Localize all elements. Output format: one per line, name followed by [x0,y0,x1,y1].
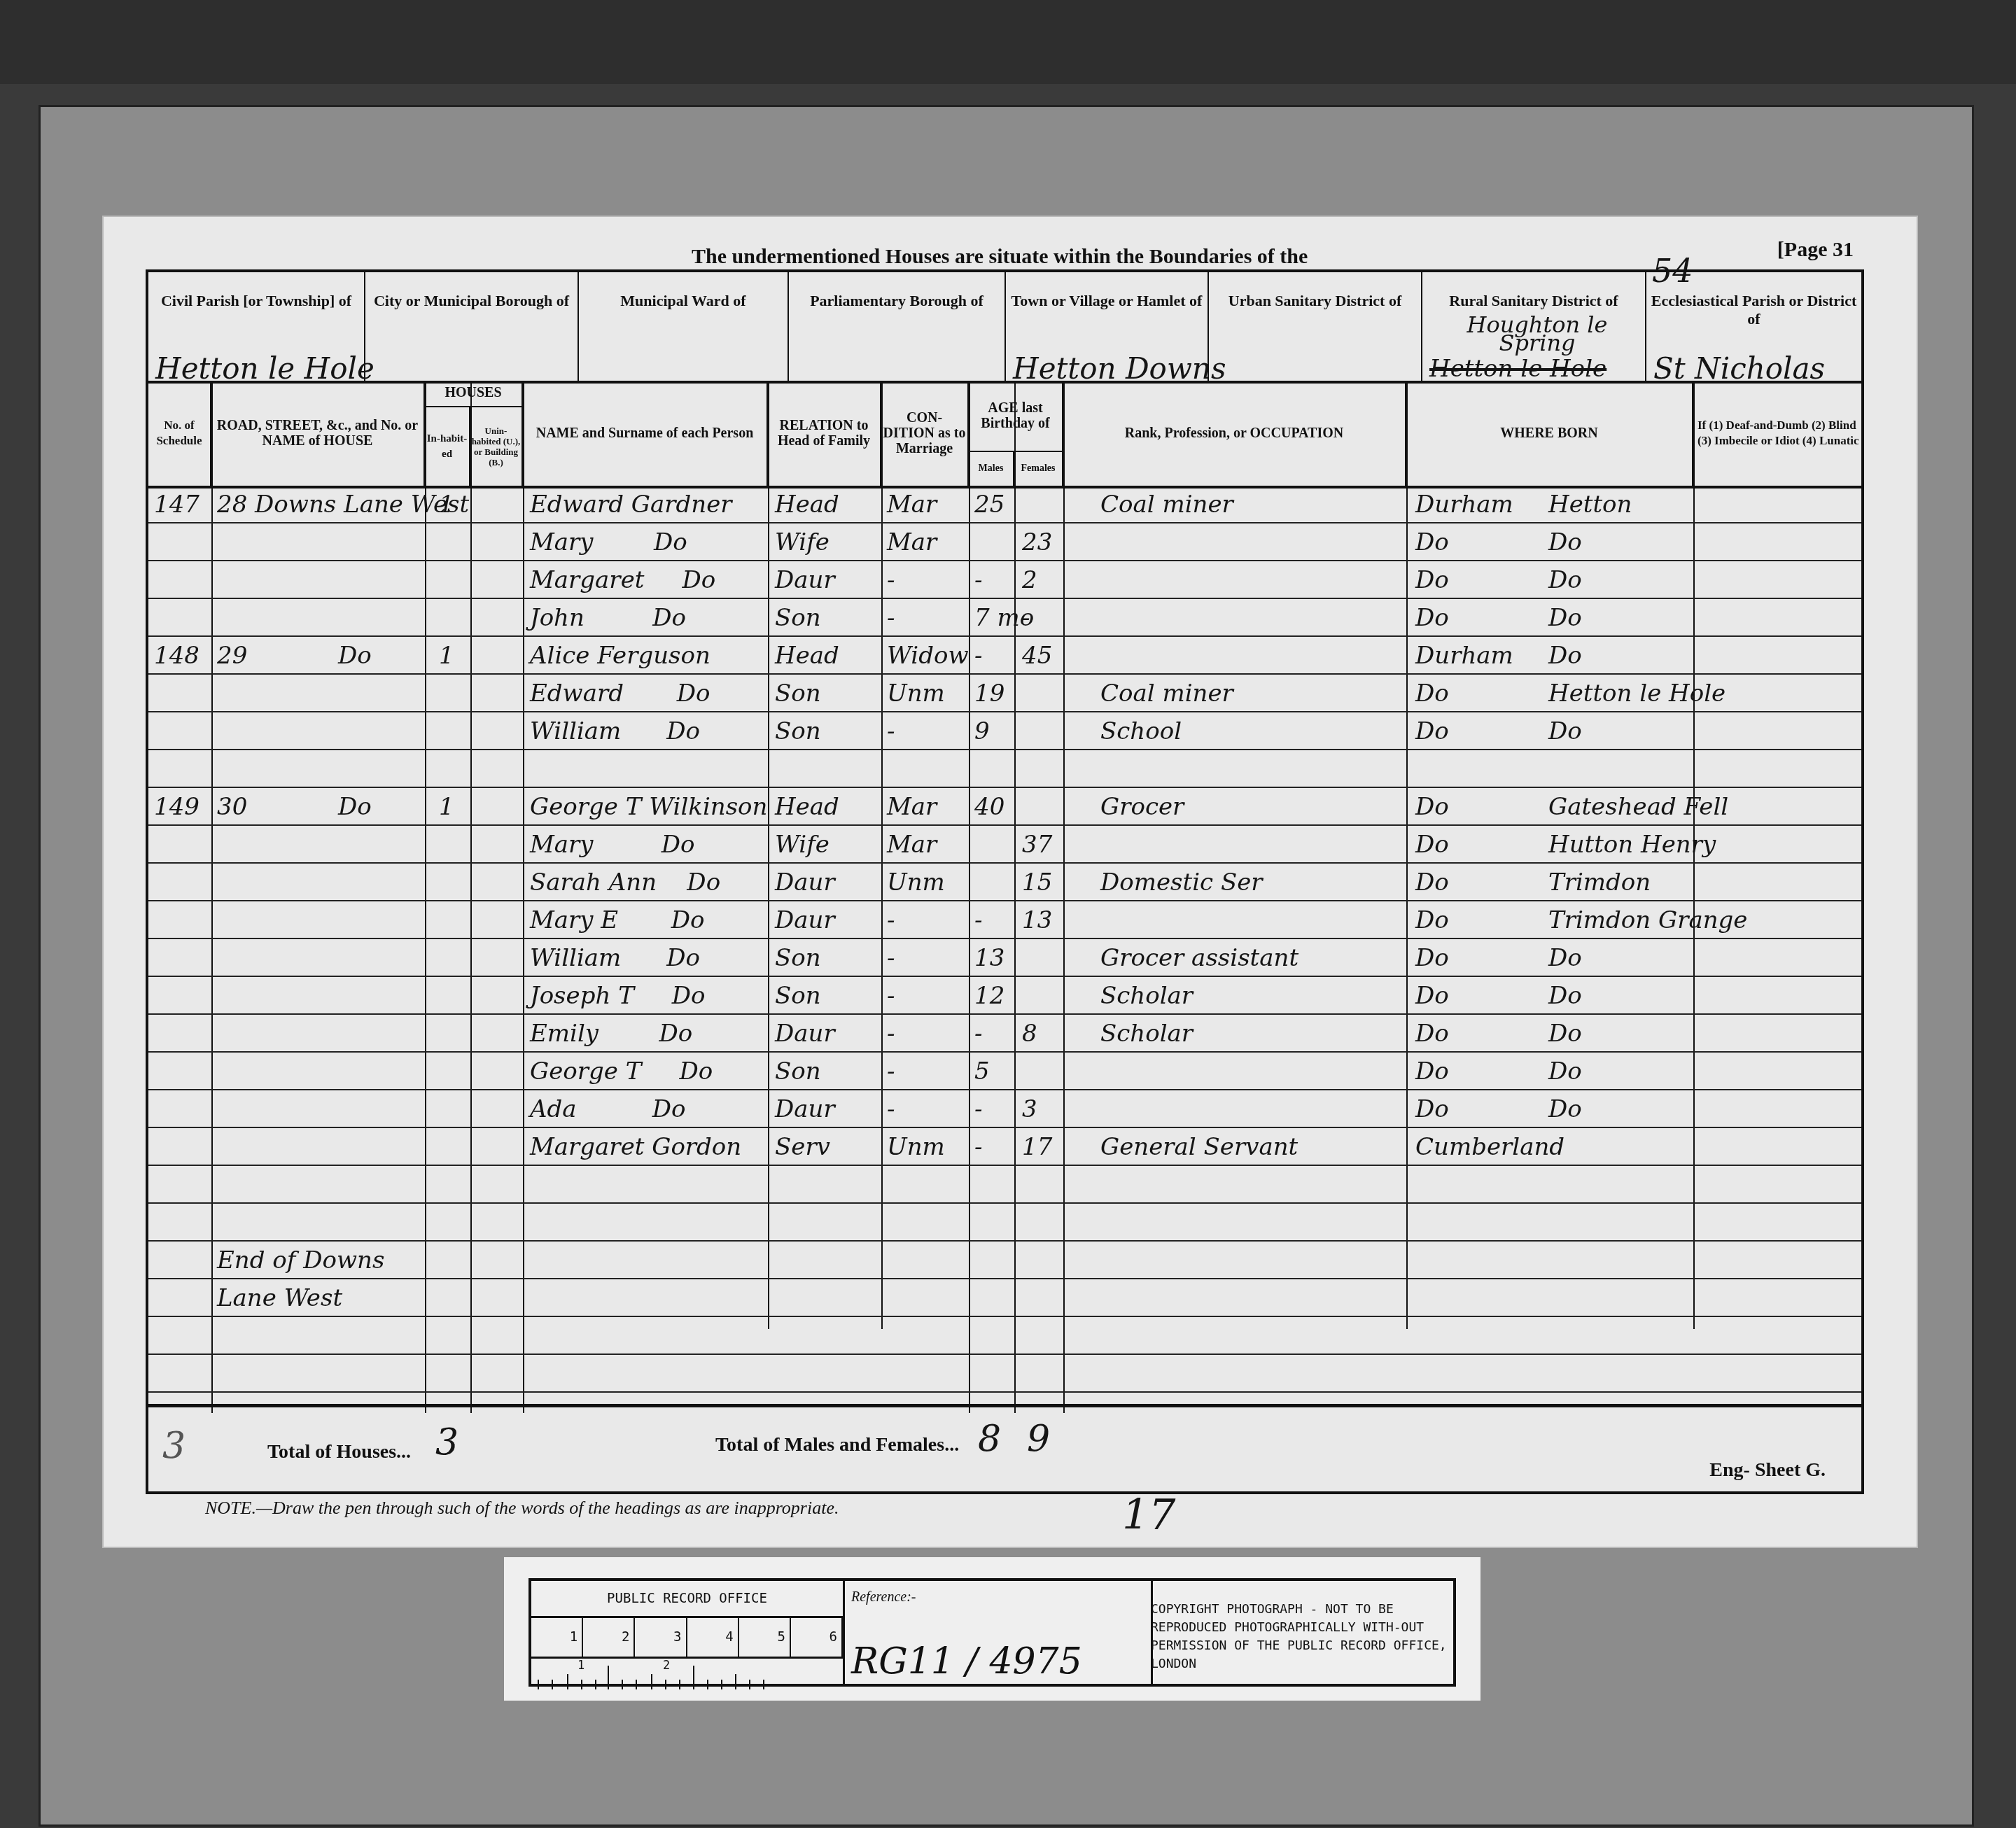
total-persons-label: Total of Males and Females... [715,1434,959,1456]
civil-parish-heading: Civil Parish [or Township] of [148,292,364,310]
reference-label: Reference:- [851,1589,916,1605]
table-row: 14829 Do1Alice FergusonHeadWidow-45Durha… [148,637,1861,675]
col-occupation: Rank, Profession, or OCCUPATION [1063,381,1406,486]
birth-place: Do [1548,977,1582,1015]
total-males-value: 8 [978,1418,1001,1460]
person-name: Mary Do [530,826,695,864]
civil-parish-cell: Civil Parish [or Township] of Hetton le … [148,272,365,381]
marital-condition: - [887,939,895,977]
inch-scale: 1 2 [531,1659,843,1689]
road-address: End of Downs [217,1242,384,1279]
cm-tick: 6 [791,1618,843,1657]
top-background [0,0,2016,84]
birth-county: Do [1415,901,1449,939]
birth-county: Durham [1415,486,1513,523]
pro-scale-block: PUBLIC RECORD OFFICE 1 2 3 4 5 6 1 2 [531,1581,845,1684]
total-persons-combined: 17 [1122,1491,1175,1540]
rural-sanitary-value: Houghton le Spring [1429,316,1645,352]
relation: Daur [775,864,835,901]
totals-row: 3 Total of Houses... 3 Total of Males an… [148,1404,1861,1491]
birth-county: Do [1415,788,1449,826]
male-age: - [974,1015,983,1053]
marital-condition: Unm [887,864,945,901]
table-row: Joseph T DoSon-12ScholarDoDo [148,977,1861,1015]
rural-sanitary-cell: Rural Sanitary District of Houghton le S… [1422,272,1646,381]
table-row: 14728 Downs Lane West1Edward GardnerHead… [148,486,1861,523]
relation: Head [775,637,839,675]
table-row: John DoSon-7 mo-DoDo [148,599,1861,637]
birth-place: Do [1548,599,1582,637]
civil-parish-value: Hetton le Hole [155,360,374,378]
reference-value: RG11 / 4975 [851,1640,1082,1682]
parliamentary-borough-cell: Parliamentary Borough of [789,272,1006,381]
col-uninhabited: Unin-habited (U.), or Building (B.) [470,406,523,486]
village-hamlet-value: Hetton Downs [1013,360,1226,378]
boundaries-caption: The undermentioned Houses are situate wi… [692,245,1308,269]
person-name: William Do [530,712,700,750]
relation: Head [775,486,839,523]
female-age: 8 [1022,1015,1037,1053]
birth-county: Do [1415,599,1449,637]
male-age: 12 [974,977,1004,1015]
cm-scale: 1 2 3 4 5 6 [531,1618,843,1659]
rural-sanitary-struck-value: Hetton le Hole [1429,360,1606,378]
copyright-notice: COPYRIGHT PHOTOGRAPH - NOT TO BE REPRODU… [1151,1601,1452,1673]
ecclesiastical-parish-heading: Ecclesiastical Parish or District of [1646,292,1861,328]
sheet-label: Eng- Sheet G. [1709,1459,1826,1482]
male-age: 9 [974,712,990,750]
person-name: Sarah Ann Do [530,864,720,901]
birth-county: Do [1415,939,1449,977]
birth-county: Do [1415,561,1449,599]
birth-county: Do [1415,712,1449,750]
male-age: 5 [974,1053,990,1090]
relation: Daur [775,901,835,939]
col-schedule: No. of Schedule [148,381,211,486]
relation: Wife [775,826,829,864]
female-age: 15 [1022,864,1052,901]
col-condition: CON-DITION as to Marriage [881,381,969,486]
col-age: AGE last Birthday of [969,381,1063,451]
person-name: John Do [530,599,686,637]
inhabited-count: 1 [439,486,454,523]
person-name: Mary E Do [530,901,705,939]
relation: Daur [775,1015,835,1053]
occupation: Scholar [1100,977,1193,1015]
col-females: Females [1014,451,1063,486]
birth-county: Do [1415,1015,1449,1053]
cm-tick: 4 [687,1618,739,1657]
relation: Son [775,939,821,977]
rural-sanitary-heading: Rural Sanitary District of [1422,292,1645,310]
male-age: 25 [974,486,1004,523]
table-row: Emily DoDaur--8ScholarDoDo [148,1015,1861,1053]
table-row: 14930 Do1George T WilkinsonHeadMar40Groc… [148,788,1861,826]
occupation: Grocer [1100,788,1184,826]
male-age: 40 [974,788,1004,826]
pro-title: PUBLIC RECORD OFFICE [531,1581,843,1618]
column-headers: No. of Schedule ROAD, STREET, &c., and N… [148,381,1861,488]
inch-label: 2 [663,1659,670,1673]
ecclesiastical-parish-cell: Ecclesiastical Parish or District of St … [1646,272,1861,381]
birth-place: Do [1548,523,1582,561]
occupation: School [1100,712,1182,750]
road-address: 29 Do [217,637,372,675]
village-hamlet-cell: Town or Village or Hamlet of Hetton Down… [1006,272,1209,381]
marital-condition: Unm [887,1128,945,1166]
pro-label-frame: PUBLIC RECORD OFFICE 1 2 3 4 5 6 1 2 [528,1578,1456,1687]
census-sheet: The undermentioned Houses are situate wi… [104,217,1917,1547]
birth-county: Do [1415,826,1449,864]
col-where-born: WHERE BORN [1406,381,1693,486]
marital-condition: Mar [887,788,937,826]
cm-tick: 1 [531,1618,583,1657]
birth-place: Trimdon Grange [1548,901,1747,939]
male-age: - [974,1128,983,1166]
reference-block: Reference:- RG11 / 4975 [843,1581,1153,1684]
road-address: Lane West [217,1279,342,1317]
marital-condition: - [887,561,895,599]
ecclesiastical-parish-value: St Nicholas [1653,360,1825,378]
person-name: Edward Gardner [530,486,732,523]
birth-county: Do [1415,675,1449,712]
col-inhabited: In-habit-ed [425,406,470,486]
table-row: Edward DoSonUnm19Coal minerDoHetton le H… [148,675,1861,712]
footnote: NOTE.—Draw the pen through such of the w… [205,1498,839,1519]
relation: Son [775,1053,821,1090]
female-age: 3 [1022,1090,1037,1128]
birth-place: Gateshead Fell [1548,788,1728,826]
male-age: - [974,561,983,599]
birth-place: Trimdon [1548,864,1651,901]
urban-sanitary-cell: Urban Sanitary District of [1209,272,1422,381]
birth-place: Do [1548,1053,1582,1090]
table-row: Mary DoWifeMar23DoDo [148,523,1861,561]
person-name: William Do [530,939,700,977]
total-schedules: 3 [162,1425,185,1467]
table-row: Margaret DoDaur--2DoDo [148,561,1861,599]
marital-condition: Mar [887,486,937,523]
marital-condition: - [887,901,895,939]
schedule-number: 148 [154,637,199,675]
relation: Son [775,675,821,712]
occupation: Coal miner [1100,675,1233,712]
birth-county: Do [1415,864,1449,901]
table-row: William DoSon-9SchoolDoDo [148,712,1861,750]
table-row [148,1166,1861,1204]
municipal-ward-cell: Municipal Ward of [579,272,789,381]
municipal-ward-heading: Municipal Ward of [579,292,787,310]
person-name: George T Wilkinson [530,788,767,826]
enumeration-table: Civil Parish [or Township] of Hetton le … [146,269,1864,1494]
road-address: 30 Do [217,788,372,826]
person-name: Margaret Do [530,561,715,599]
person-name: Edward Do [530,675,710,712]
municipal-borough-cell: City or Municipal Borough of [365,272,579,381]
village-hamlet-heading: Town or Village or Hamlet of [1006,292,1207,310]
female-age: 37 [1022,826,1052,864]
table-row [148,750,1861,788]
marital-condition: - [887,977,895,1015]
female-age: 23 [1022,523,1052,561]
person-name: Margaret Gordon [530,1128,741,1166]
table-row: Mary E DoDaur--13DoTrimdon Grange [148,901,1861,939]
birth-place: Do [1548,712,1582,750]
birth-county: Do [1415,977,1449,1015]
table-row: Ada DoDaur--3DoDo [148,1090,1861,1128]
col-name: NAME and Surname of each Person [523,381,768,486]
female-age: 45 [1022,637,1052,675]
female-age: 17 [1022,1128,1052,1166]
person-name: Mary Do [530,523,687,561]
schedule-number: 147 [154,486,199,523]
relation: Daur [775,561,835,599]
parliamentary-borough-heading: Parliamentary Borough of [789,292,1004,310]
marital-condition: - [887,599,895,637]
inhabited-count: 1 [439,788,454,826]
inhabited-count: 1 [439,637,454,675]
birth-place: Do [1548,1015,1582,1053]
total-females-value: 9 [1027,1418,1050,1460]
person-name: George T Do [530,1053,713,1090]
table-row: Lane West [148,1279,1861,1317]
pro-label: PUBLIC RECORD OFFICE 1 2 3 4 5 6 1 2 [504,1557,1480,1701]
table-row [148,1317,1861,1355]
marital-condition: - [887,1053,895,1090]
municipal-borough-heading: City or Municipal Borough of [365,292,577,310]
relation: Son [775,599,821,637]
male-age: - [974,637,983,675]
birth-place: Do [1548,939,1582,977]
cm-tick: 3 [635,1618,687,1657]
table-row [148,1204,1861,1242]
birth-place: Do [1548,561,1582,599]
occupation: Scholar [1100,1015,1193,1053]
occupation: Grocer assistant [1100,939,1298,977]
col-road: ROAD, STREET, &c., and No. or NAME of HO… [211,381,425,486]
relation: Head [775,788,839,826]
occupation: Domestic Ser [1100,864,1263,901]
birth-county: Durham [1415,637,1513,675]
marital-condition: Mar [887,826,937,864]
occupation: General Servant [1100,1128,1298,1166]
birth-place: Hutton Henry [1548,826,1716,864]
birth-place: Do [1548,1090,1582,1128]
relation: Son [775,977,821,1015]
marital-condition: Unm [887,675,945,712]
cm-tick: 2 [583,1618,635,1657]
male-age: 19 [974,675,1004,712]
marital-condition: - [887,712,895,750]
person-name: Emily Do [530,1015,692,1053]
marital-condition: - [887,1015,895,1053]
relation: Wife [775,523,829,561]
col-relation: RELATION to Head of Family [768,381,881,486]
birth-county: Do [1415,523,1449,561]
relation: Son [775,712,821,750]
col-males: Males [969,451,1014,486]
page-number: [Page 31 [1777,238,1854,262]
birth-county: Do [1415,1090,1449,1128]
birth-county: Do [1415,1053,1449,1090]
marital-condition: Mar [887,523,937,561]
male-age: - [974,1090,983,1128]
table-row: Sarah Ann DoDaurUnm15Domestic SerDoTrimd… [148,864,1861,901]
occupation: Coal miner [1100,486,1233,523]
birth-place: Hetton le Hole [1548,675,1725,712]
boundaries-row: Civil Parish [or Township] of Hetton le … [148,272,1861,384]
household-rows: 14728 Downs Lane West1Edward GardnerHead… [148,486,1861,1413]
table-row: Margaret GordonServUnm-17General Servant… [148,1128,1861,1166]
person-name: Ada Do [530,1090,685,1128]
total-houses-value: 3 [435,1421,458,1463]
relation: Daur [775,1090,835,1128]
female-age: 13 [1022,901,1052,939]
table-row [148,1355,1861,1393]
urban-sanitary-heading: Urban Sanitary District of [1209,292,1421,310]
table-row: George T DoSon-5DoDo [148,1053,1861,1090]
male-age: 13 [974,939,1004,977]
marital-condition: - [887,1090,895,1128]
table-row: William DoSon-13Grocer assistantDoDo [148,939,1861,977]
schedule-number: 149 [154,788,199,826]
male-age: - [974,901,983,939]
table-row: Mary DoWifeMar37DoHutton Henry [148,826,1861,864]
birth-county: Cumberland [1415,1128,1564,1166]
inch-label: 1 [577,1659,584,1673]
road-address: 28 Downs Lane West [217,486,469,523]
female-age: 2 [1022,561,1037,599]
relation: Serv [775,1128,830,1166]
cm-tick: 5 [739,1618,791,1657]
person-name: Alice Ferguson [530,637,710,675]
table-row: End of Downs [148,1242,1861,1279]
col-infirmity: If (1) Deaf-and-Dumb (2) Blind (3) Imbec… [1693,381,1861,486]
marital-condition: Widow [887,637,969,675]
birth-place: Hetton [1548,486,1632,523]
total-houses-label: Total of Houses... [267,1441,411,1463]
female-age: - [1022,599,1030,637]
birth-place: Do [1548,637,1582,675]
person-name: Joseph T Do [530,977,706,1015]
